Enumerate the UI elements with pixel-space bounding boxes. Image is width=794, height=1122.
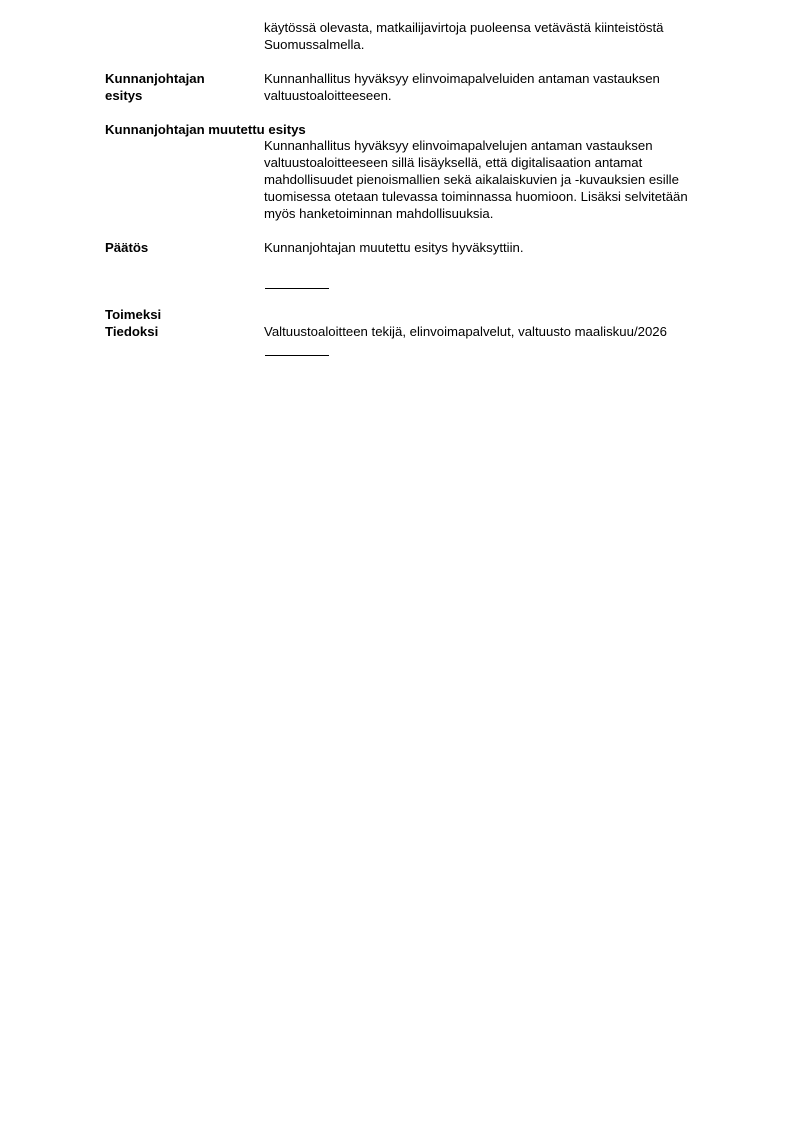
assignments-label: Toimeksi <box>105 306 161 323</box>
amended-proposal-text-line: mahdollisuudet pienoismallien sekä aikal… <box>264 171 679 188</box>
continuation-line: käytössä olevasta, matkailijavirtoja puo… <box>264 19 664 36</box>
decision-text: Kunnanjohtajan muutettu esitys hyväksytt… <box>264 239 524 256</box>
amended-proposal-label: Kunnanjohtajan muutettu esitys <box>105 121 306 138</box>
proposal-text-line: Kunnanhallitus hyväksyy elinvoimapalvelu… <box>264 70 660 87</box>
proposal-label: esitys <box>105 87 142 104</box>
amended-proposal-text-line: tuomisessa otetaan tulevassa toiminnassa… <box>264 188 688 205</box>
separator-line <box>265 288 329 289</box>
decision-label: Päätös <box>105 239 148 256</box>
notifications-text: Valtuustoaloitteen tekijä, elinvoimapalv… <box>264 323 667 340</box>
notifications-label: Tiedoksi <box>105 323 158 340</box>
continuation-line: Suomussalmella. <box>264 36 364 53</box>
proposal-label: Kunnanjohtajan <box>105 70 205 87</box>
amended-proposal-text-line: valtuustoaloitteeseen sillä lisäyksellä,… <box>264 154 642 171</box>
proposal-text-line: valtuustoaloitteeseen. <box>264 87 392 104</box>
amended-proposal-text-line: myös hanketoiminnan mahdollisuuksia. <box>264 205 493 222</box>
amended-proposal-text-line: Kunnanhallitus hyväksyy elinvoimapalvelu… <box>264 137 653 154</box>
separator-line <box>265 355 329 356</box>
